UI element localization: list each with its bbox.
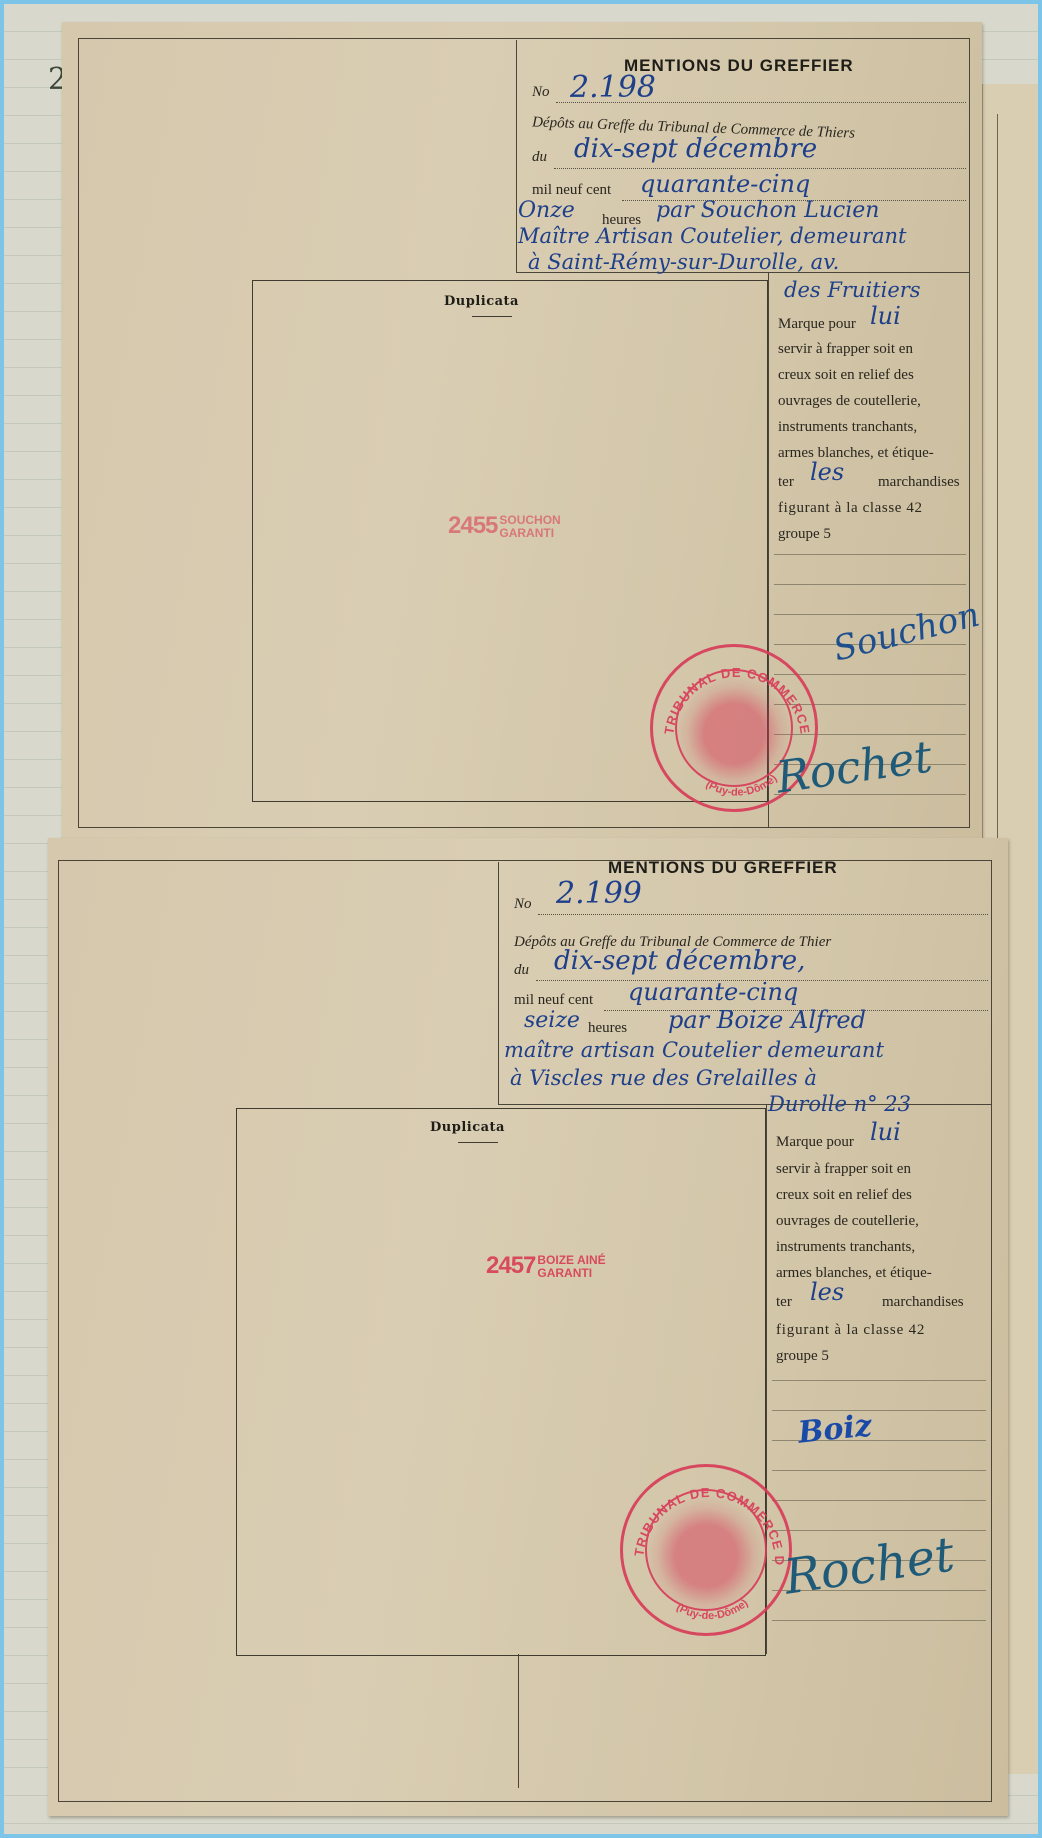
marque-line: armes blanches, et étique- — [776, 1260, 986, 1286]
hours-label: heures — [588, 1020, 627, 1037]
ter-label: ter — [778, 474, 794, 491]
deposit-date: dix-sept décembre, — [554, 946, 805, 976]
seal-text-ring: TRIBUNAL DE COMMERCE DE THIERS (Puy-de-D… — [623, 1467, 795, 1639]
marque-line: instruments tranchants, — [776, 1234, 986, 1260]
registration-number: 2.198 — [570, 70, 656, 105]
depositor-address-cont: des Fruitiers — [784, 278, 921, 302]
deposit-year: quarante-cinq — [640, 170, 810, 198]
depositor-name: par Boize Alfred — [668, 1006, 866, 1034]
trademark-number: 2457 — [486, 1252, 535, 1279]
marque-line: creux soit en relief des — [778, 362, 964, 388]
registration-card-1: MENTIONS DU GREFFIER No 2.198 Dépôts au … — [62, 22, 982, 842]
deposit-hour: Onze — [518, 198, 575, 223]
registration-number: 2.199 — [556, 876, 642, 911]
marque-line: servir à frapper soit en — [776, 1156, 986, 1182]
du-label: du — [532, 149, 547, 166]
trademark-name: BOIZE AINÉ — [537, 1253, 605, 1267]
dotted-line — [538, 914, 988, 915]
ter-value: les — [810, 1278, 844, 1306]
marque-pour-label: Marque pour — [776, 1134, 854, 1151]
classe-line: figurant à la classe 42 — [776, 1322, 925, 1339]
trademark-name: SOUCHON — [499, 513, 560, 527]
greffier-divider — [498, 862, 499, 1104]
dotted-line — [554, 168, 966, 169]
marque-description: servir à frapper soit en creux soit en r… — [776, 1156, 986, 1286]
greffier-bottom-line — [498, 1104, 992, 1105]
depositor-address: à Saint-Rémy-sur-Durolle, av. — [528, 250, 839, 274]
deposit-year: quarante-cinq — [628, 978, 798, 1006]
svg-text:TRIBUNAL DE COMMERCE DE THIERS: TRIBUNAL DE COMMERCE DE THIERS — [653, 647, 813, 740]
marque-line: servir à frapper soit en — [778, 336, 964, 362]
du-label: du — [514, 962, 529, 979]
marque-pour-value: lui — [870, 302, 901, 330]
duplicata-underline — [458, 1142, 498, 1143]
photo-frame: 2 MENTIONS DU GREFFIER No 2.198 Dépôts a… — [4, 4, 1038, 1834]
depositor-name: par Souchon Lucien — [656, 198, 879, 223]
svg-text:(Puy-de-Dôme): (Puy-de-Dôme) — [674, 1597, 751, 1622]
no-label: No — [532, 84, 550, 101]
duplicata-underline — [472, 316, 512, 317]
marque-pour-value: lui — [870, 1118, 901, 1146]
deposit-date: dix-sept décembre — [574, 134, 817, 164]
svg-text:TRIBUNAL DE COMMERCE DE THIERS: TRIBUNAL DE COMMERCE DE THIERS — [623, 1467, 787, 1566]
greffier-header: MENTIONS DU GREFFIER — [608, 858, 838, 878]
depositor-profession: maître artisan Coutelier demeurant — [504, 1038, 884, 1062]
tribunal-seal: TRIBUNAL DE COMMERCE DE THIERS (Puy-de-D… — [620, 1464, 792, 1636]
trademark-impression: 2455SOUCHONGARANTI — [448, 512, 561, 540]
lower-divider — [518, 1654, 519, 1788]
marque-line: ouvrages de coutellerie, — [778, 388, 964, 414]
groupe-line: groupe 5 — [776, 1348, 829, 1365]
registration-card-2: MENTIONS DU GREFFIER No 2.199 Dépôts au … — [48, 838, 1008, 1816]
duplicata-label: Duplicata — [444, 294, 519, 309]
ter-label: ter — [776, 1294, 792, 1311]
marchandises-label: marchandises — [878, 474, 960, 491]
year-label: mil neuf cent — [532, 182, 611, 199]
deposit-hour: seize — [524, 1008, 580, 1033]
marque-line: creux soit en relief des — [776, 1182, 986, 1208]
depositor-address: à Viscles rue des Grelailles à — [510, 1066, 817, 1090]
trademark-number: 2455 — [448, 512, 497, 539]
greffier-divider — [516, 40, 517, 272]
svg-text:(Puy-de-Dôme): (Puy-de-Dôme) — [704, 772, 780, 798]
groupe-line: groupe 5 — [778, 526, 831, 543]
year-label: mil neuf cent — [514, 992, 593, 1009]
trademark-impression: 2457BOIZE AINÉGARANTI — [486, 1252, 606, 1280]
marque-line: armes blanches, et étique- — [778, 440, 964, 466]
no-label: No — [514, 896, 532, 913]
marque-line: ouvrages de coutellerie, — [776, 1208, 986, 1234]
marchandises-label: marchandises — [882, 1294, 964, 1311]
depositor-address-cont: Durolle n° 23 — [768, 1092, 911, 1116]
marque-pour-label: Marque pour — [778, 316, 856, 333]
greffier-header: MENTIONS DU GREFFIER — [624, 56, 854, 76]
duplicata-label: Duplicata — [430, 1120, 505, 1135]
marque-line: instruments tranchants, — [778, 414, 964, 440]
depositor-profession: Maître Artisan Coutelier, demeurant — [518, 224, 906, 248]
ter-value: les — [810, 458, 844, 486]
marque-description: servir à frapper soit en creux soit en r… — [778, 336, 964, 466]
trademark-guarantee: GARANTI — [537, 1266, 592, 1280]
trademark-guarantee: GARANTI — [499, 526, 554, 540]
classe-line: figurant à la classe 42 — [778, 500, 923, 517]
